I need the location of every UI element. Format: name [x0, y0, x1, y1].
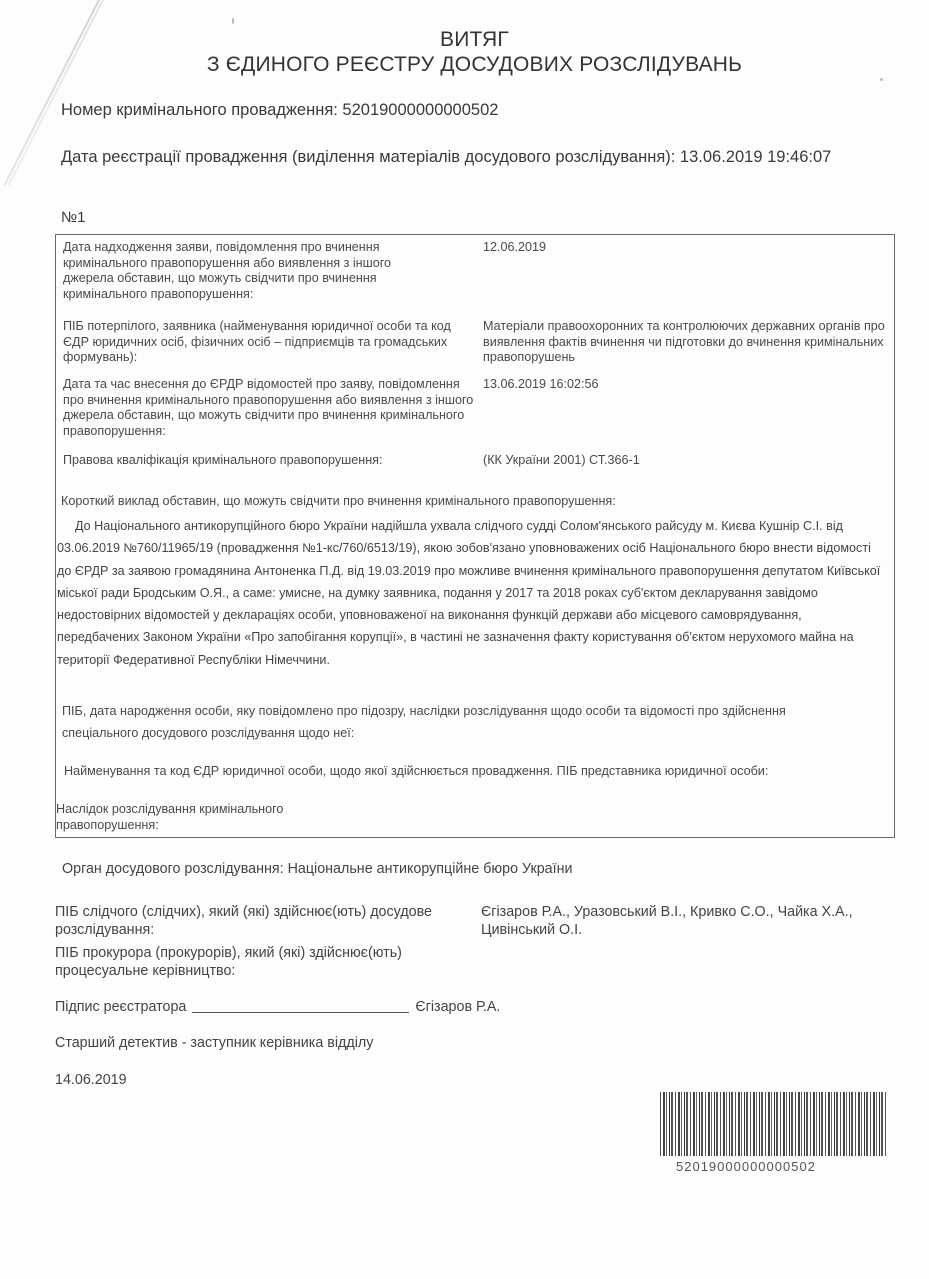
document-date: 14.06.2019 — [55, 1071, 127, 1089]
row-label-qualification: Правова кваліфікація кримінального право… — [63, 453, 463, 469]
suspect-label: ПІБ, дата народження особи, яку повідомл… — [62, 700, 862, 744]
legal-entity-label: Найменування та код ЄДР юридичної особи,… — [64, 764, 884, 780]
investigation-body: Орган досудового розслідування: Націонал… — [62, 860, 572, 878]
result-label: Наслідок розслідування кримінального пра… — [56, 802, 316, 833]
registration-date: Дата реєстрації провадження (виділення м… — [61, 147, 861, 167]
summary-text: До Національного антикорупційного бюро У… — [57, 515, 882, 671]
row-value-victim: Матеріали правоохоронних та контролюючих… — [483, 319, 898, 366]
row-value-qualification: (КК України 2001) СТ.366-1 — [483, 453, 903, 469]
row-label-entry-datetime: Дата та час внесення до ЄРДР відомостей … — [63, 377, 478, 439]
signature-line — [192, 1012, 409, 1013]
case-number: Номер кримінального провадження: 5201900… — [61, 101, 498, 120]
summary-label: Короткий виклад обставин, що можуть свід… — [61, 494, 881, 510]
entry-number: №1 — [61, 209, 85, 226]
document-title: ВИТЯГ — [10, 28, 929, 52]
barcode-number: 52019000000000502 — [676, 1159, 816, 1174]
scan-speck — [232, 18, 234, 24]
row-label-victim: ПІБ потерпілого, заявника (найменування … — [63, 319, 458, 366]
prosecutors-label: ПІБ прокурора (прокурорів), який (які) з… — [55, 944, 455, 980]
row-value-receipt-date: 12.06.2019 — [483, 240, 903, 256]
document-subtitle: З ЄДИНОГО РЕЄСТРУ ДОСУДОВИХ РОЗСЛІДУВАНЬ — [10, 53, 929, 77]
registrar-position: Старший детектив - заступник керівника в… — [55, 1034, 373, 1052]
registrar-signature: Підпис реєстратораЄгізаров Р.А. — [55, 998, 500, 1016]
investigators-value: Єгізаров Р.А., Уразовський В.І., Кривко … — [481, 903, 881, 939]
row-label-receipt-date: Дата надходження заяви, повідомлення про… — [63, 240, 433, 302]
registrar-name: Єгізаров Р.А. — [415, 999, 500, 1015]
barcode — [660, 1092, 886, 1156]
registrar-label: Підпис реєстратора — [55, 999, 186, 1015]
scan-speck — [880, 78, 883, 81]
investigators-label: ПІБ слідчого (слідчих), який (які) здійс… — [55, 903, 475, 939]
row-value-entry-datetime: 13.06.2019 16:02:56 — [483, 377, 903, 393]
